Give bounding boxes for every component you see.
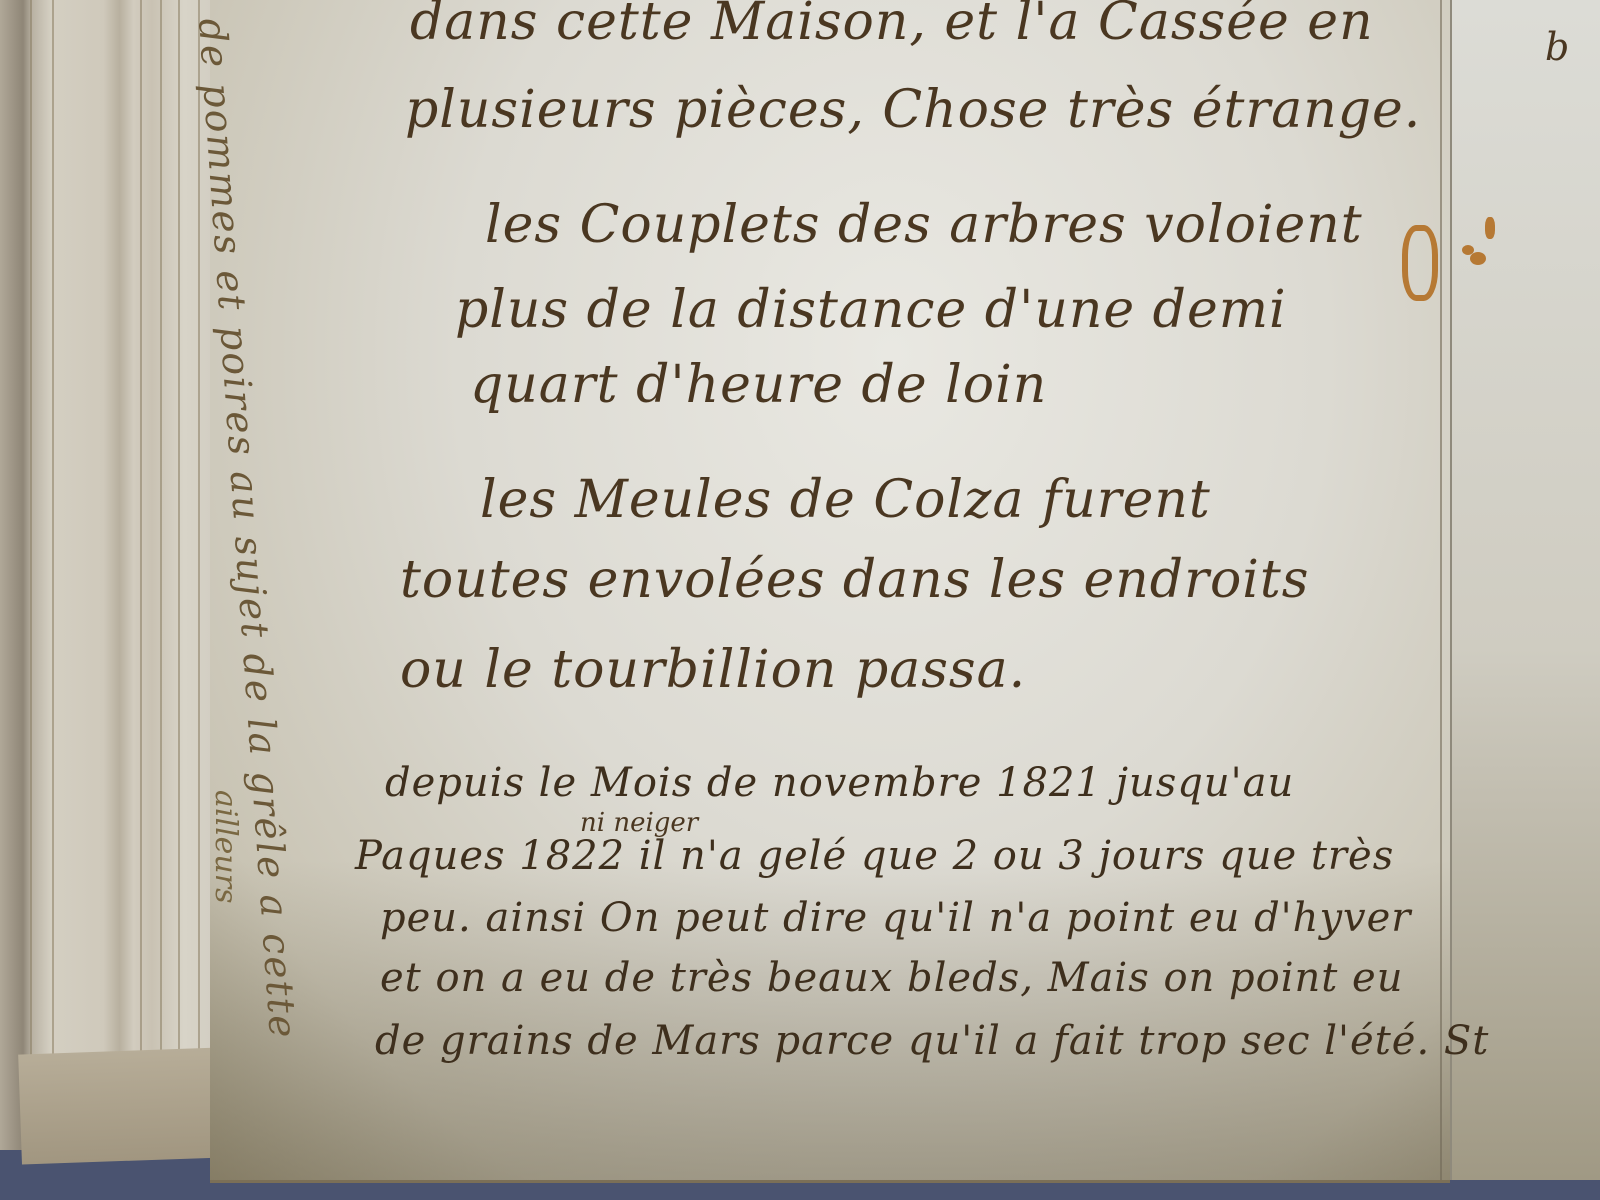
manuscript-line: dans cette Maison, et l'a Cassée en bbox=[410, 0, 1374, 52]
manuscript-line: de grains de Mars parce qu'il a fait tro… bbox=[375, 1018, 1489, 1064]
manuscript-line: et on a eu de très beaux bleds, Mais on … bbox=[380, 955, 1404, 1001]
manuscript-line: plusieurs pièces, Chose très étrange. bbox=[405, 80, 1421, 140]
margin-note-vertical-2: ailleurs bbox=[208, 790, 243, 903]
adjacent-page-fragment: b bbox=[1545, 25, 1569, 69]
manuscript-line: peu. ainsi On peut dire qu'il n'a point … bbox=[380, 895, 1411, 941]
manuscript-line: toutes envolées dans les endroits bbox=[400, 550, 1309, 610]
manuscript-line: ou le tourbillion passa. bbox=[400, 640, 1026, 700]
manuscript-line: depuis le Mois de novembre 1821 jusqu'au bbox=[385, 760, 1294, 806]
manuscript-line: plus de la distance d'une demi bbox=[455, 280, 1287, 340]
manuscript-line: quart d'heure de loin bbox=[470, 355, 1047, 415]
manuscript-line: les Couplets des arbres voloient bbox=[485, 195, 1363, 255]
manuscript-line: les Meules de Colza furent bbox=[480, 470, 1211, 530]
manuscript-line: Paques 1822 il n'a gelé que 2 ou 3 jours… bbox=[355, 833, 1394, 879]
photo-scene: dans cette Maison, et l'a Cassée en plus… bbox=[0, 0, 1600, 1200]
